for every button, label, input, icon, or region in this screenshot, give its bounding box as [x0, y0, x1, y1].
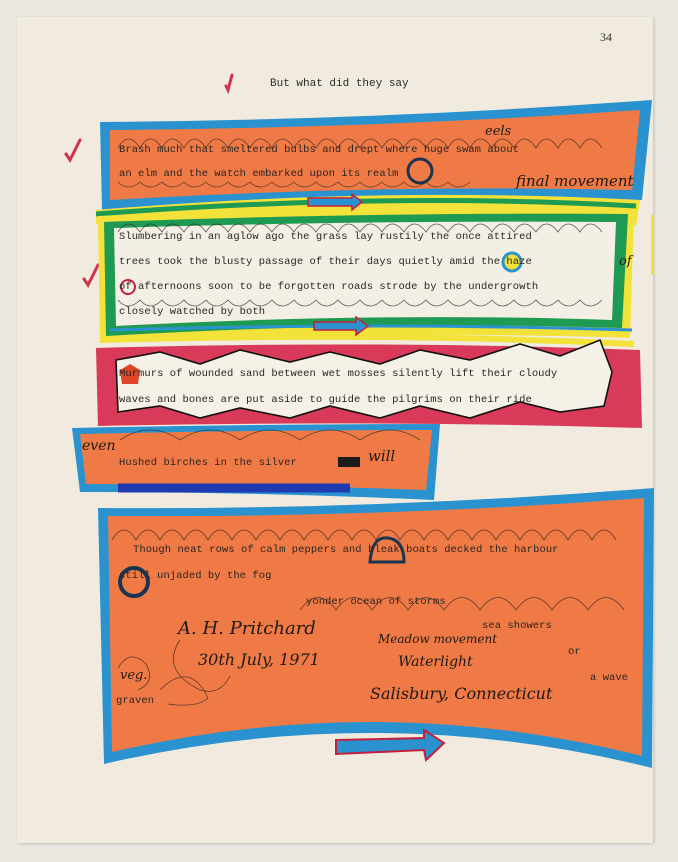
checkmark-icon	[66, 140, 80, 160]
signature-subtitle: Waterlight	[398, 654, 473, 670]
stanza-line: sea showers	[482, 620, 552, 632]
handwritten-annotation: veg.	[120, 668, 148, 683]
stanza-line: of afternoons soon to be forgotten roads…	[119, 281, 538, 293]
marker-drawings	[0, 0, 678, 862]
handwritten-annotation: will	[368, 447, 395, 465]
page-title: But what did they say	[270, 78, 409, 90]
arrow-right-icon	[336, 730, 444, 760]
signature-date: 30th July, 1971	[198, 650, 320, 669]
signature-place: Salisbury, Connecticut	[370, 684, 552, 703]
stanza-line: closely watched by both	[119, 306, 265, 318]
checkmark-icon	[84, 265, 98, 285]
stanza-line: Brash much that smeltered bulbs and drep…	[119, 144, 519, 156]
stanza-line: Slumbering in an aglow ago the grass lay…	[119, 231, 532, 243]
stanza-line: or	[568, 646, 581, 658]
handwritten-annotation: final movement	[516, 172, 634, 190]
stanza-line: still unjaded by the fog	[119, 570, 271, 582]
stanza-line: an elm and the watch embarked upon its r…	[119, 168, 398, 180]
stanza-line: waves and bones are put aside to guide t…	[119, 394, 532, 406]
stanza-line: Though neat rows of calm peppers and ble…	[133, 544, 559, 556]
stanza-line: a wave	[590, 672, 628, 684]
signature-title: Meadow movement	[378, 632, 497, 646]
stanza-line: trees took the blusty passage of their d…	[119, 256, 532, 268]
stanza-line: graven	[116, 695, 154, 707]
stanza-line: yonder ocean of storms	[306, 596, 446, 608]
signature-name: A. H. Pritchard	[178, 618, 316, 639]
handwritten-annotation: of	[619, 254, 632, 269]
handwritten-annotation: eels	[485, 124, 511, 139]
page-number: 34	[600, 30, 612, 45]
checkmark-icon	[226, 75, 232, 90]
handwritten-annotation: even	[82, 438, 116, 454]
stanza-line: Murmurs of wounded sand between wet moss…	[119, 368, 557, 380]
stanza-line: Hushed birches in the silver	[119, 457, 297, 469]
